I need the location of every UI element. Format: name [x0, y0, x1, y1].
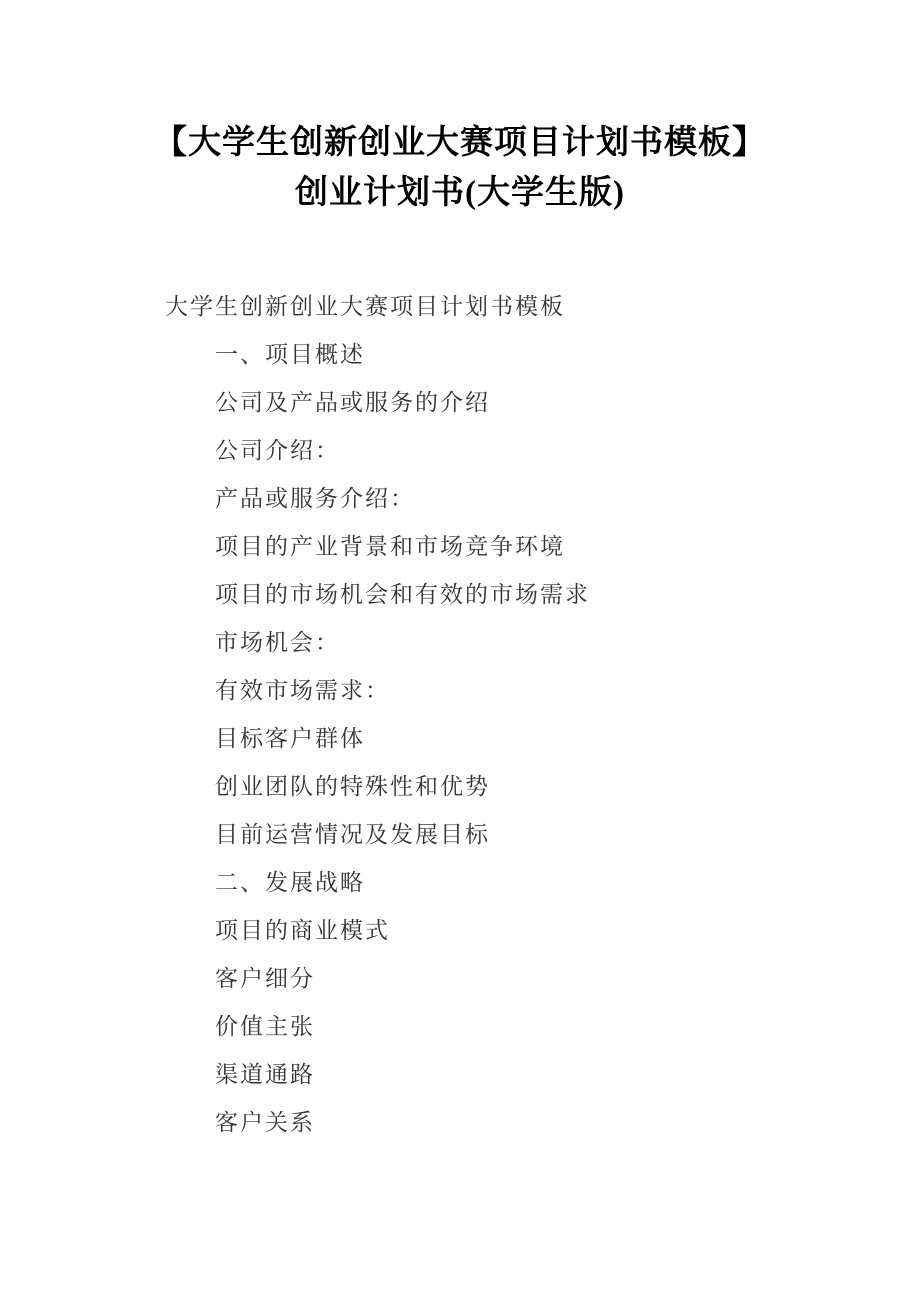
paragraph: 项目的商业模式 [0, 907, 920, 955]
paragraph: 公司介绍： [0, 427, 920, 475]
paragraph: 渠道通路 [0, 1051, 920, 1099]
paragraph-template-heading: 大学生创新创业大赛项目计划书模板 [0, 283, 920, 331]
paragraph: 创业团队的特殊性和优势 [0, 763, 920, 811]
paragraph: 目标客户群体 [0, 715, 920, 763]
document-page: 【大学生创新创业大赛项目计划书模板】 创业计划书(大学生版) 大学生创新创业大赛… [0, 0, 920, 1302]
paragraph: 市场机会： [0, 619, 920, 667]
paragraph: 价值主张 [0, 1003, 920, 1051]
paragraph-section-2: 二、发展战略 [0, 859, 920, 907]
document-body: 大学生创新创业大赛项目计划书模板 一、项目概述 公司及产品或服务的介绍 公司介绍… [0, 283, 920, 1147]
paragraph: 项目的市场机会和有效的市场需求 [0, 571, 920, 619]
document-title: 【大学生创新创业大赛项目计划书模板】 创业计划书(大学生版) [0, 0, 920, 218]
paragraph: 项目的产业背景和市场竞争环境 [0, 523, 920, 571]
paragraph: 有效市场需求： [0, 667, 920, 715]
title-line-2: 创业计划书(大学生版) [0, 168, 920, 218]
paragraph: 产品或服务介绍： [0, 475, 920, 523]
paragraph: 客户细分 [0, 955, 920, 1003]
paragraph: 公司及产品或服务的介绍 [0, 379, 920, 427]
paragraph-section-1: 一、项目概述 [0, 331, 920, 379]
paragraph: 目前运营情况及发展目标 [0, 811, 920, 859]
title-line-1: 【大学生创新创业大赛项目计划书模板】 [0, 118, 920, 168]
paragraph: 客户关系 [0, 1099, 920, 1147]
